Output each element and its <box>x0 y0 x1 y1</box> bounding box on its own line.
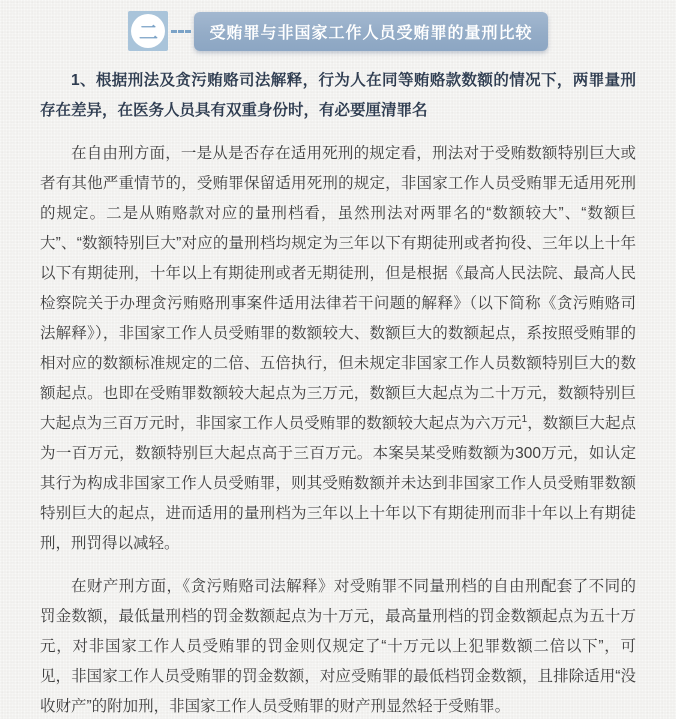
section-number: 二 <box>131 14 165 48</box>
section-title: 受贿罪与非国家工作人员受贿罪的量刑比较 <box>194 12 547 51</box>
paragraph-liberty-penalty: 在自由刑方面，一是从是否存在适用死刑的规定看，刑法对于受贿数额特别巨大或者有其他… <box>40 139 636 559</box>
document-page: 二 受贿罪与非国家工作人员受贿罪的量刑比较 1、根据刑法及贪污贿赂司法解释，行为… <box>0 0 676 719</box>
property-penalty-text: 在财产刑方面，《贪污贿赂司法解释》对受贿罪不同量刑档的自由刑配套了不同的罚金数额… <box>40 578 636 715</box>
section-number-badge: 二 <box>128 11 168 51</box>
section-header: 二 受贿罪与非国家工作人员受贿罪的量刑比较 <box>40 10 636 52</box>
dashed-connector-icon <box>171 30 191 33</box>
intro-text: 1、根据刑法及贪污贿赂司法解释，行为人在同等贿赂款数额的情况下，两罪量刑存在差异… <box>40 72 636 119</box>
paragraph-property-penalty: 在财产刑方面，《贪污贿赂司法解释》对受贿罪不同量刑档的自由刑配套了不同的罚金数额… <box>40 572 636 719</box>
liberty-penalty-text-part2: ，数额巨大起点为一百万元，数额特别巨大起点高于三百万元。本案吴某受贿数额为300… <box>40 415 636 552</box>
intro-paragraph: 1、根据刑法及贪污贿赂司法解释，行为人在同等贿赂款数额的情况下，两罪量刑存在差异… <box>40 66 636 126</box>
liberty-penalty-text-part1: 在自由刑方面，一是从是否存在适用死刑的规定看，刑法对于受贿数额特别巨大或者有其他… <box>40 145 636 432</box>
